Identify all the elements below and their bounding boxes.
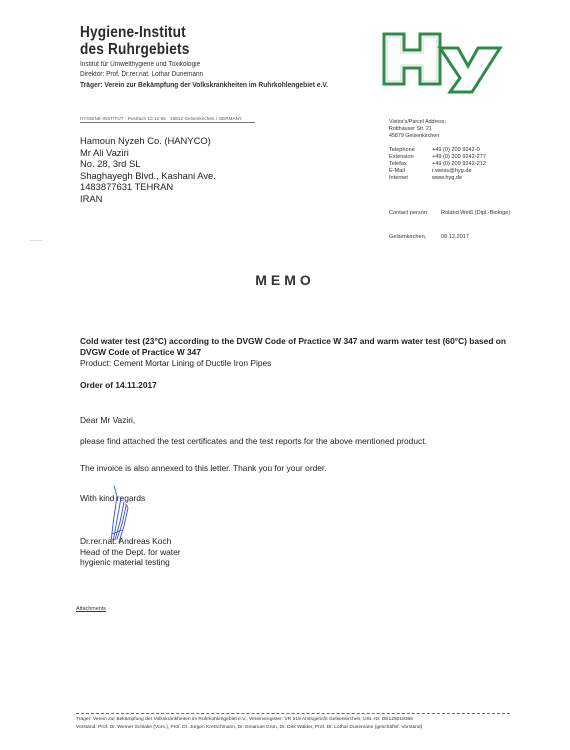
contact-label: Telephone [389,147,432,154]
contact-internet: Internetwww.hyg.de [389,175,486,182]
visitor-address-heading: Visitor's/Parcel Address: [389,119,446,126]
recipient-street2: Shaghayegh Blvd., Kashani Ave. [80,170,216,182]
contact-value: +49 (0) 209 9242-0 [432,147,480,154]
institute-subtitle: Institut für Umwelthygiene und Toxikolog… [80,60,203,70]
contact-telefax: Telefax+49 (0) 209 9242-212 [389,161,486,168]
sender-return-line: HYGIENE-INSTITUT · Postfach 10 12 55 · 4… [80,116,255,123]
contact-value: r.weiss@hyg.de [432,168,472,175]
place-label: Gelsenkirchen, [389,234,441,240]
letter-date: 08.12.2017 [441,234,469,240]
recipient-country: IRAN [80,193,216,205]
memo-order: Order of 14.11.2017 [80,380,157,390]
contact-person-label: Contact person: [389,210,441,216]
recipient-street: No. 28, 3rd SL [80,158,216,170]
signer-title: Head of the Dept. for water [80,547,181,558]
contact-details: Telephone+49 (0) 209 9242-0 Extension+49… [389,147,486,182]
contact-value: +49 (0) 209 9242-277 [432,154,486,161]
recipient-address: Hamoun Nyzeh Co. (HANYCO) Mr Ali Vaziri … [80,135,216,204]
signer-title-2: hygienic material testing [80,557,181,568]
margin-mark [30,240,42,241]
signer-block: Dr.rer.nat. Andreas Koch Head of the Dep… [80,536,181,568]
institute-director: Direktor: Prof. Dr.rer.nat. Lothar Dunem… [80,70,203,80]
visitor-address-city: 45879 Gelsenkirchen [389,133,446,140]
memo-product: Product: Cement Mortar Lining of Ductile… [80,358,271,368]
institute-name-line1: Hygiene-Institut [80,24,190,41]
signer-name: Dr.rer.nat. Andreas Koch [80,536,181,547]
memo-salutation: Dear Mr Vaziri, [80,415,135,425]
contact-label: Telefax [389,161,432,168]
contact-value: www.hyg.de [432,175,462,182]
visitor-address: Visitor's/Parcel Address: Rotthauser Str… [389,119,446,140]
visitor-address-street: Rotthauser Str. 21 [389,126,446,133]
footer-carrier-line: Träger: Verein zur Bekämpfung der Volksk… [76,716,510,724]
contact-person-value: Roland Weiß (Dipl.-Biologe) [441,210,510,216]
recipient-person: Mr Ali Vaziri [80,147,216,159]
contact-label: E-Mail [389,168,432,175]
memo-subject: Cold water test (23°C) according to the … [80,336,510,357]
recipient-city: 1483877631 TEHRAN [80,181,216,193]
memo-body-paragraph: please find attached the test certificat… [80,436,427,446]
institute-carrier: Träger: Verein zur Bekämpfung der Volksk… [80,80,328,89]
contact-label: Internet [389,175,432,182]
institute-subtitle-block: Institut für Umwelthygiene und Toxikolog… [80,60,203,80]
attachments-link[interactable]: Attachments [76,606,106,612]
letter-footer: Träger: Verein zur Bekämpfung der Volksk… [76,713,510,732]
contact-value: +49 (0) 209 9242-212 [432,161,486,168]
contact-telephone: Telephone+49 (0) 209 9242-0 [389,147,486,154]
place-date: Gelsenkirchen, 08.12.2017 [389,234,469,240]
contact-email: E-Mailr.weiss@hyg.de [389,168,486,175]
hy-logo-icon [378,26,508,96]
contact-extension: Extension+49 (0) 209 9242-277 [389,154,486,161]
footer-board-line: Vorstand: Prof. Dr. Werner Schlake (Vors… [76,724,510,732]
institute-name: Hygiene-Institut des Ruhrgebiets [80,24,190,58]
contact-person: Contact person: Roland Weiß (Dipl.-Biolo… [389,210,510,216]
recipient-company: Hamoun Nyzeh Co. (HANYCO) [80,135,216,147]
memo-title: MEMO [0,272,570,288]
contact-label: Extension [389,154,432,161]
memo-body-paragraph: The invoice is also annexed to this lett… [80,463,327,473]
institute-name-line2: des Ruhrgebiets [80,41,190,58]
